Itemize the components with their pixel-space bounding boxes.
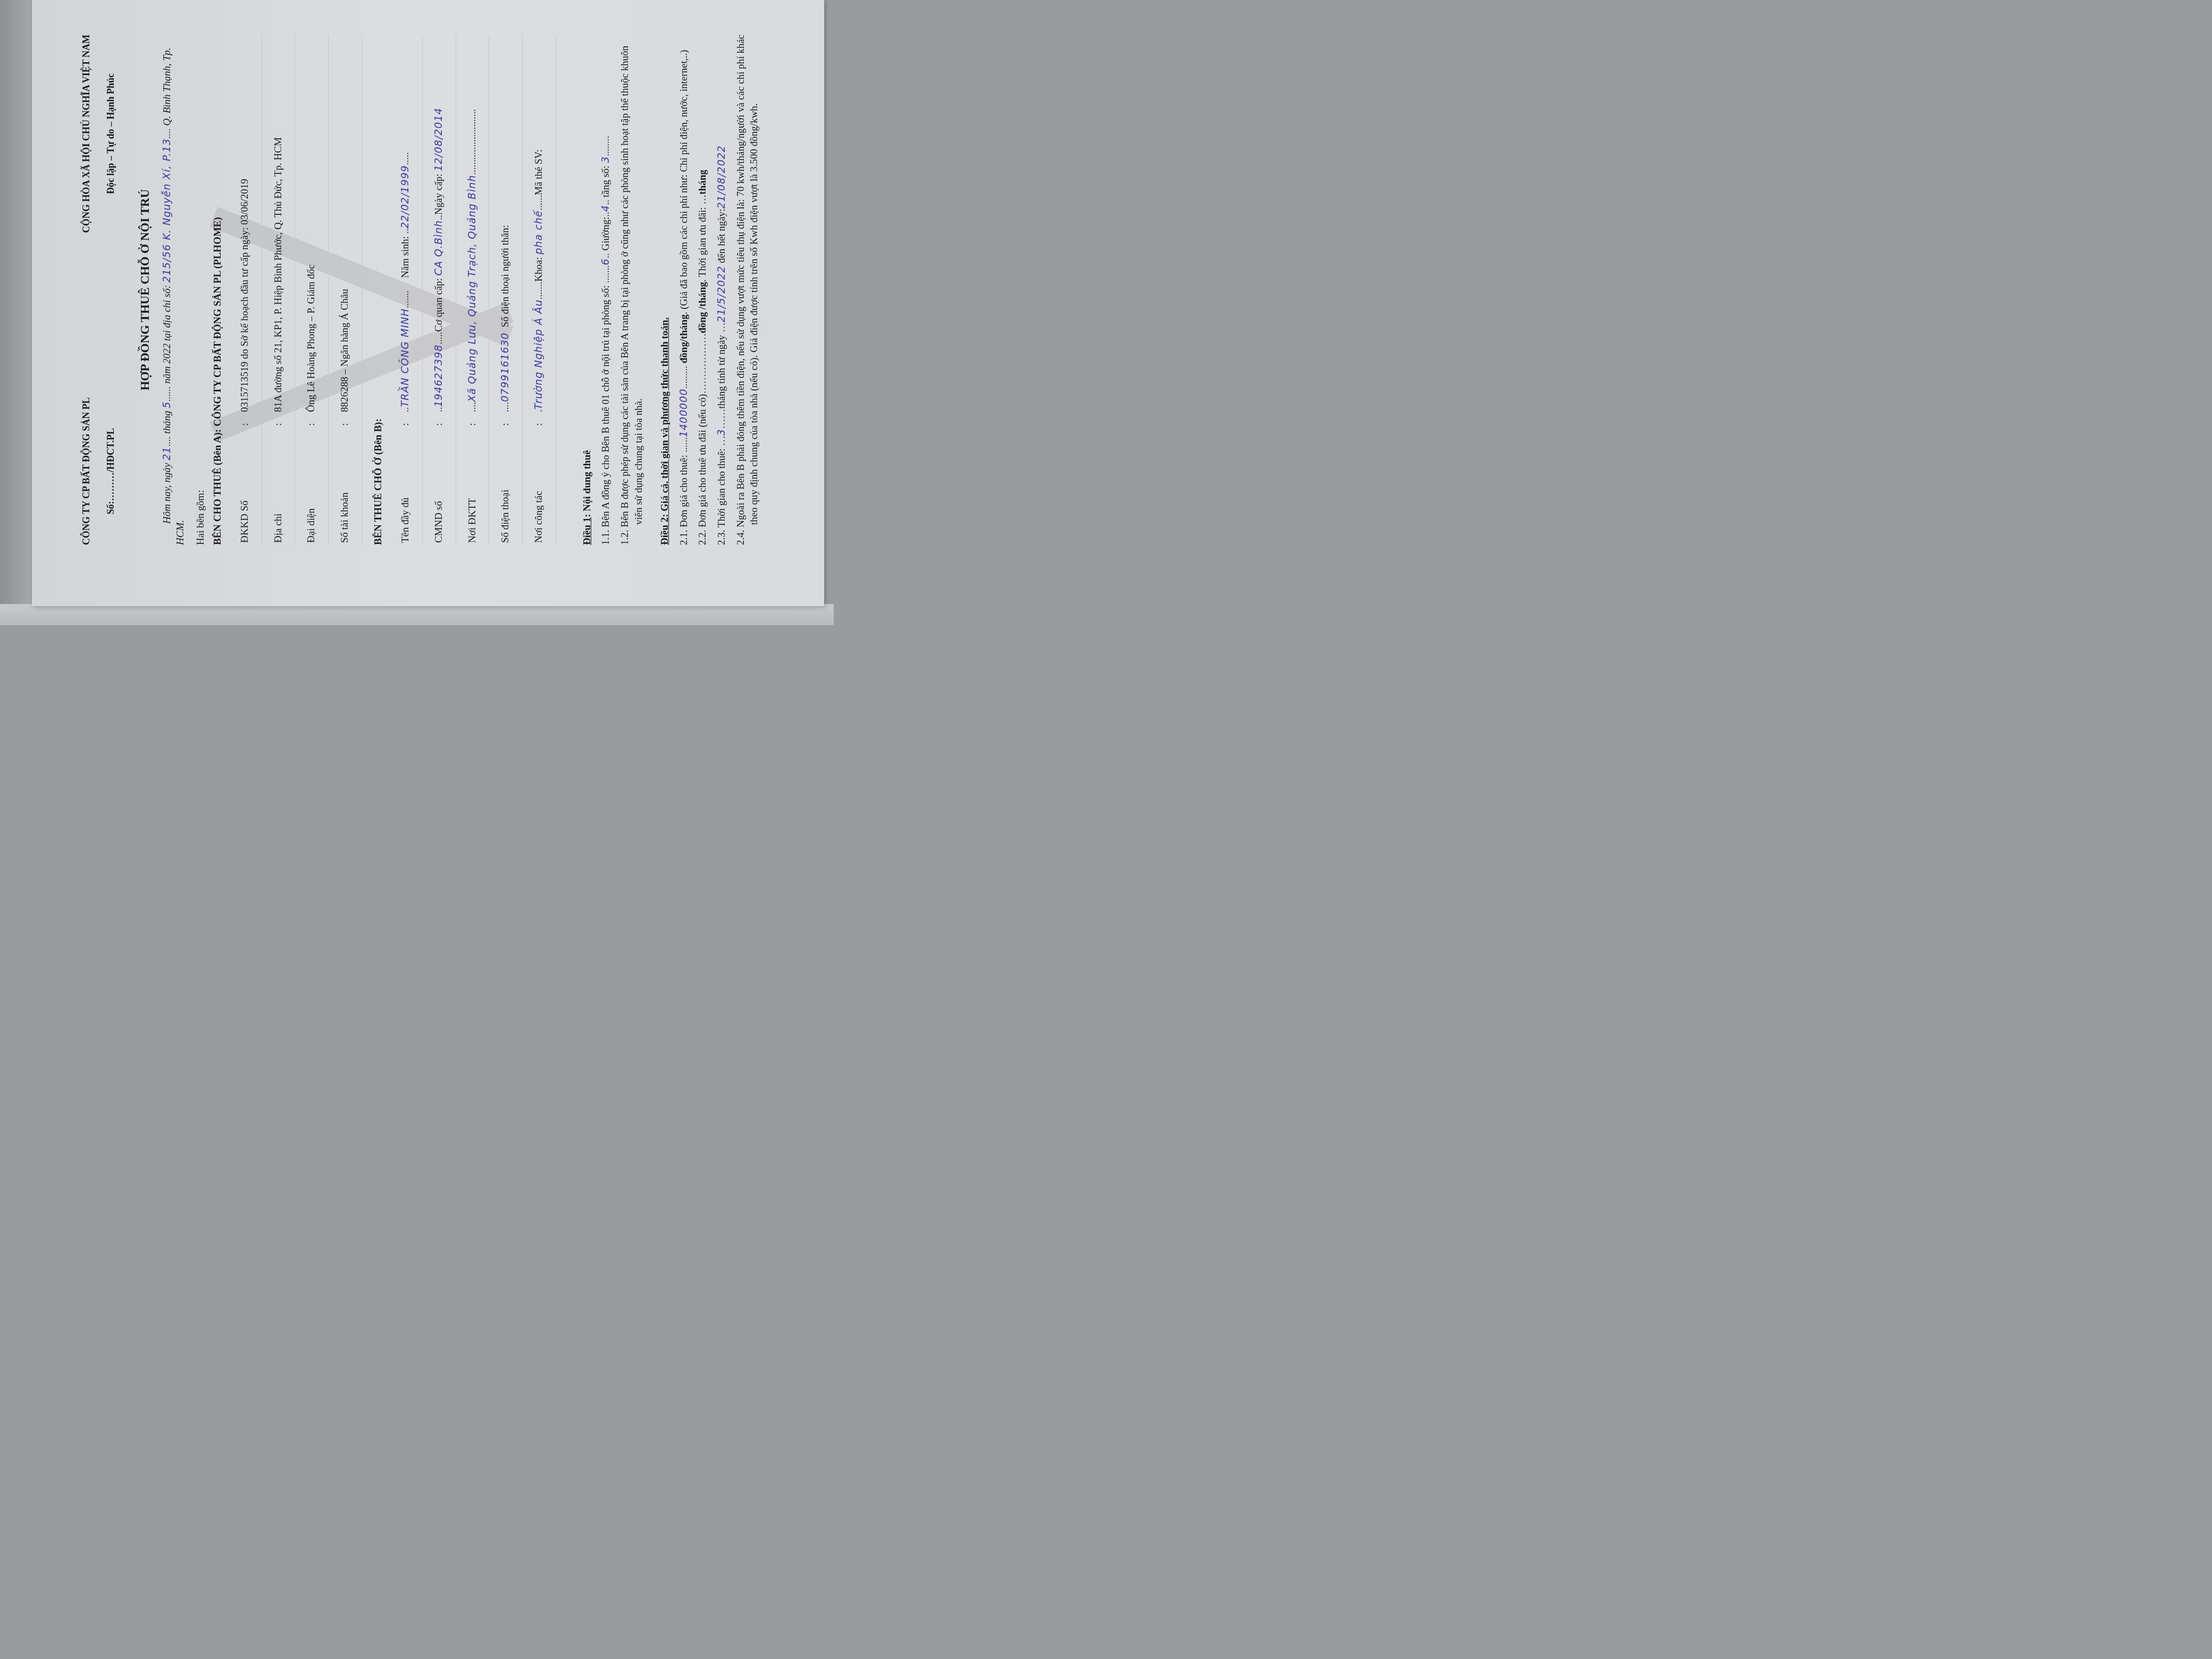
issuer-handwritten: CA Q.Bình xyxy=(433,220,445,276)
clause-1-1: 1.1. Bên A đồng ý cho Bên B thuê 01 chỗ … xyxy=(599,35,613,545)
table-row: Số điện thoại: ....0799161630 Số điện th… xyxy=(489,35,523,545)
residence-handwritten: Xã Quảng Lưu, Quảng Trạch, Quảng Bình xyxy=(466,175,478,402)
motto: Độc lập – Tự do – Hạnh Phúc xyxy=(104,35,117,233)
clause-1-2: 1.2. Bên B được phép sử dụng các tài sản… xyxy=(618,35,646,545)
table-row: Đại diện:Ông Lê Hoàng Phong – P. Giám đố… xyxy=(295,35,329,545)
full-name-handwritten: TRẦN CÔNG MINH xyxy=(399,308,411,407)
table-row: Tên đầy đủ: ..TRẦN CÔNG MINH....... Năm … xyxy=(389,35,422,545)
faculty-handwritten: pha chế xyxy=(533,211,544,255)
party-b-table: Tên đầy đủ: ..TRẦN CÔNG MINH....... Năm … xyxy=(389,35,556,545)
rotated-page: CÔNG TY CP BẤT ĐỘNG SẢN PL Số:………/HĐCT.P… xyxy=(32,0,824,606)
issue-date-handwritten: 12/08/2014 xyxy=(433,107,445,171)
id-number-handwritten: 194627398 xyxy=(433,345,445,407)
contract-number: Số:………/HĐCT.PL xyxy=(104,397,117,545)
nation-title: CỘNG HÒA XÃ HỘI CHỦ NGHĨA VIỆT NAM xyxy=(80,35,93,233)
table-row: CMND số: ..194627398.....Cơ quan cấp: CA… xyxy=(423,35,456,545)
document-header: CÔNG TY CP BẤT ĐỘNG SẢN PL Số:………/HĐCT.P… xyxy=(80,35,118,545)
company-name: CÔNG TY CP BẤT ĐỘNG SẢN PL xyxy=(80,397,93,545)
start-date-handwritten: 21/5/2022 xyxy=(716,266,727,322)
duration-handwritten: 3 xyxy=(716,429,727,435)
address-handwritten: 215/56 K. Nguyễn Xí, P.13 xyxy=(161,138,173,282)
party-a-table: ĐKKD Số:0315713519 do Sở kế hoạch đầu tư… xyxy=(229,35,362,545)
day-handwritten: 21 xyxy=(161,447,173,460)
table-row: Nơi công tác: .Trường Nghiệp Á Âu.......… xyxy=(522,35,556,545)
background-surface xyxy=(0,0,32,625)
table-row: Số tài khoản:8826288 – Ngân hàng Á Châu xyxy=(329,35,362,545)
article-1-title: Điều 1: Nội dung thuê xyxy=(581,35,594,545)
work-handwritten: Trường Nghiệp Á Âu xyxy=(533,299,544,409)
party-b-heading: BÊN THUÊ CHỖ Ở (Bên B): xyxy=(372,35,386,545)
price-handwritten: 1400000 xyxy=(678,389,690,438)
document-title: HỢP ĐỒNG THUÊ CHỖ Ở NỘI TRÚ xyxy=(137,35,153,545)
table-row: Nơi ĐKTT: ....Xã Quảng Lưu, Quảng Trạch,… xyxy=(456,35,489,545)
clause-2-3: 2.3. Thời gian cho thuê: …3……tháng tính … xyxy=(715,35,729,545)
room-handwritten: 6 xyxy=(600,258,611,265)
birth-handwritten: 22/02/1999 xyxy=(399,165,411,229)
article-2-title: Điều 2: Giá cả, thời gian và phương thức… xyxy=(658,35,672,545)
table-row: Địa chỉ:81A đường số 21, KP1, P. Hiệp Bì… xyxy=(262,35,295,545)
end-date-handwritten: 21/08/2022 xyxy=(716,145,727,209)
clause-2-4: 2.4. Ngoài ra Bên B phải đóng thêm tiền … xyxy=(734,35,761,545)
bed-handwritten: 4 xyxy=(600,205,611,212)
contract-sheet: CÔNG TY CP BẤT ĐỘNG SẢN PL Số:………/HĐCT.P… xyxy=(32,0,824,606)
background-edge xyxy=(0,604,834,625)
party-a-heading: BÊN CHO THUÊ (Bên A): CÔNG TY CP BẤT ĐỘN… xyxy=(211,35,225,545)
floor-handwritten: 3 xyxy=(600,156,611,163)
month-handwritten: 5 xyxy=(161,401,173,408)
intro-paragraph: Hôm nay, ngày 21.... tháng 5...... năm 2… xyxy=(161,35,188,545)
parties-label: Hai bên gồm: xyxy=(194,35,208,545)
clause-2-1: 2.1. Đơn giá cho thuê: ......1400000....… xyxy=(677,35,691,545)
table-row: ĐKKD Số:0315713519 do Sở kế hoạch đầu tư… xyxy=(229,35,262,545)
clause-2-2: 2.2. Đơn giá cho thuê ưu đãi (nếu có)………… xyxy=(696,35,710,545)
phone-handwritten: 0799161630 xyxy=(499,332,511,402)
